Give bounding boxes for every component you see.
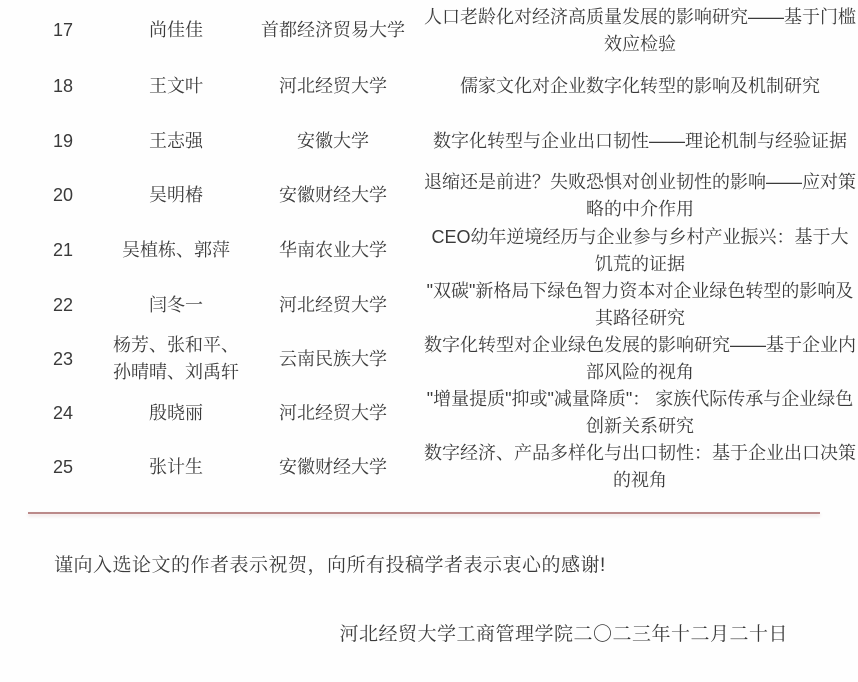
author-name: 尚佳佳 — [110, 2, 242, 59]
affiliation: 河北经贸大学 — [242, 386, 424, 440]
table-bottom-divider — [28, 512, 820, 514]
table-row: 25 张计生 安徽财经大学 数字经济、产品多样化与出口韧性：基于企业出口决策的视… — [16, 440, 856, 494]
table-row: 17 尚佳佳 首都经济贸易大学 人口老龄化对经济高质量发展的影响研究——基于门槛… — [16, 2, 856, 59]
affiliation: 安徽大学 — [242, 114, 424, 168]
row-number: 18 — [16, 59, 110, 114]
row-number: 24 — [16, 386, 110, 440]
table-row: 21 吴植栋、郭萍 华南农业大学 CEO幼年逆境经历与企业参与乡村产业振兴：基于… — [16, 223, 856, 278]
paper-title: 数字化转型对企业绿色发展的影响研究——基于企业内部风险的视角 — [424, 332, 856, 386]
author-name: 王文叶 — [110, 59, 242, 114]
table-row: 23 杨芳、张和平、孙晴晴、刘禹轩 云南民族大学 数字化转型对企业绿色发展的影响… — [16, 332, 856, 386]
row-number: 22 — [16, 278, 110, 332]
affiliation: 安徽财经大学 — [242, 168, 424, 223]
row-number: 23 — [16, 332, 110, 386]
affiliation: 安徽财经大学 — [242, 440, 424, 494]
affiliation: 首都经济贸易大学 — [242, 2, 424, 59]
table-row: 24 殷晓丽 河北经贸大学 "增量提质"抑或"减量降质"： 家族代际传承与企业绿… — [16, 386, 856, 440]
row-number: 25 — [16, 440, 110, 494]
paper-title: "双碳"新格局下绿色智力资本对企业绿色转型的影响及其路径研究 — [424, 278, 856, 332]
paper-title: 数字化转型与企业出口韧性——理论机制与经验证据 — [424, 114, 856, 168]
affiliation: 云南民族大学 — [242, 332, 424, 386]
row-number: 17 — [16, 2, 110, 59]
author-name: 杨芳、张和平、孙晴晴、刘禹轩 — [110, 332, 242, 386]
paper-title: "增量提质"抑或"减量降质"： 家族代际传承与企业绿色创新关系研究 — [424, 386, 856, 440]
paper-title: 儒家文化对企业数字化转型的影响及机制研究 — [424, 59, 856, 114]
author-name: 吴植栋、郭萍 — [110, 223, 242, 278]
row-number: 21 — [16, 223, 110, 278]
row-number: 20 — [16, 168, 110, 223]
author-name: 闫冬一 — [110, 278, 242, 332]
table-row: 19 王志强 安徽大学 数字化转型与企业出口韧性——理论机制与经验证据 — [16, 114, 856, 168]
selected-papers-table: 17 尚佳佳 首都经济贸易大学 人口老龄化对经济高质量发展的影响研究——基于门槛… — [16, 2, 856, 494]
row-number: 19 — [16, 114, 110, 168]
paper-title: 数字经济、产品多样化与出口韧性：基于企业出口决策的视角 — [424, 440, 856, 494]
author-name: 殷晓丽 — [110, 386, 242, 440]
notice-page: 17 尚佳佳 首都经济贸易大学 人口老龄化对经济高质量发展的影响研究——基于门槛… — [0, 2, 858, 682]
congratulations-text: 谨向入选论文的作者表示祝贺，向所有投稿学者表示衷心的感谢! — [54, 550, 858, 577]
author-name: 张计生 — [110, 440, 242, 494]
paper-title: 退缩还是前进？失败恐惧对创业韧性的影响——应对策略的中介作用 — [424, 168, 856, 223]
table-row: 20 吴明椿 安徽财经大学 退缩还是前进？失败恐惧对创业韧性的影响——应对策略的… — [16, 168, 856, 223]
affiliation: 河北经贸大学 — [242, 278, 424, 332]
author-name: 吴明椿 — [110, 168, 242, 223]
table-row: 18 王文叶 河北经贸大学 儒家文化对企业数字化转型的影响及机制研究 — [16, 59, 856, 114]
paper-title: 人口老龄化对经济高质量发展的影响研究——基于门槛效应检验 — [424, 2, 856, 59]
affiliation: 河北经贸大学 — [242, 59, 424, 114]
author-name: 王志强 — [110, 114, 242, 168]
affiliation: 华南农业大学 — [242, 223, 424, 278]
table-row: 22 闫冬一 河北经贸大学 "双碳"新格局下绿色智力资本对企业绿色转型的影响及其… — [16, 278, 856, 332]
signature-date-line: 河北经贸大学工商管理学院二〇二三年十二月二十日 — [0, 619, 858, 646]
paper-title: CEO幼年逆境经历与企业参与乡村产业振兴：基于大饥荒的证据 — [424, 223, 856, 278]
